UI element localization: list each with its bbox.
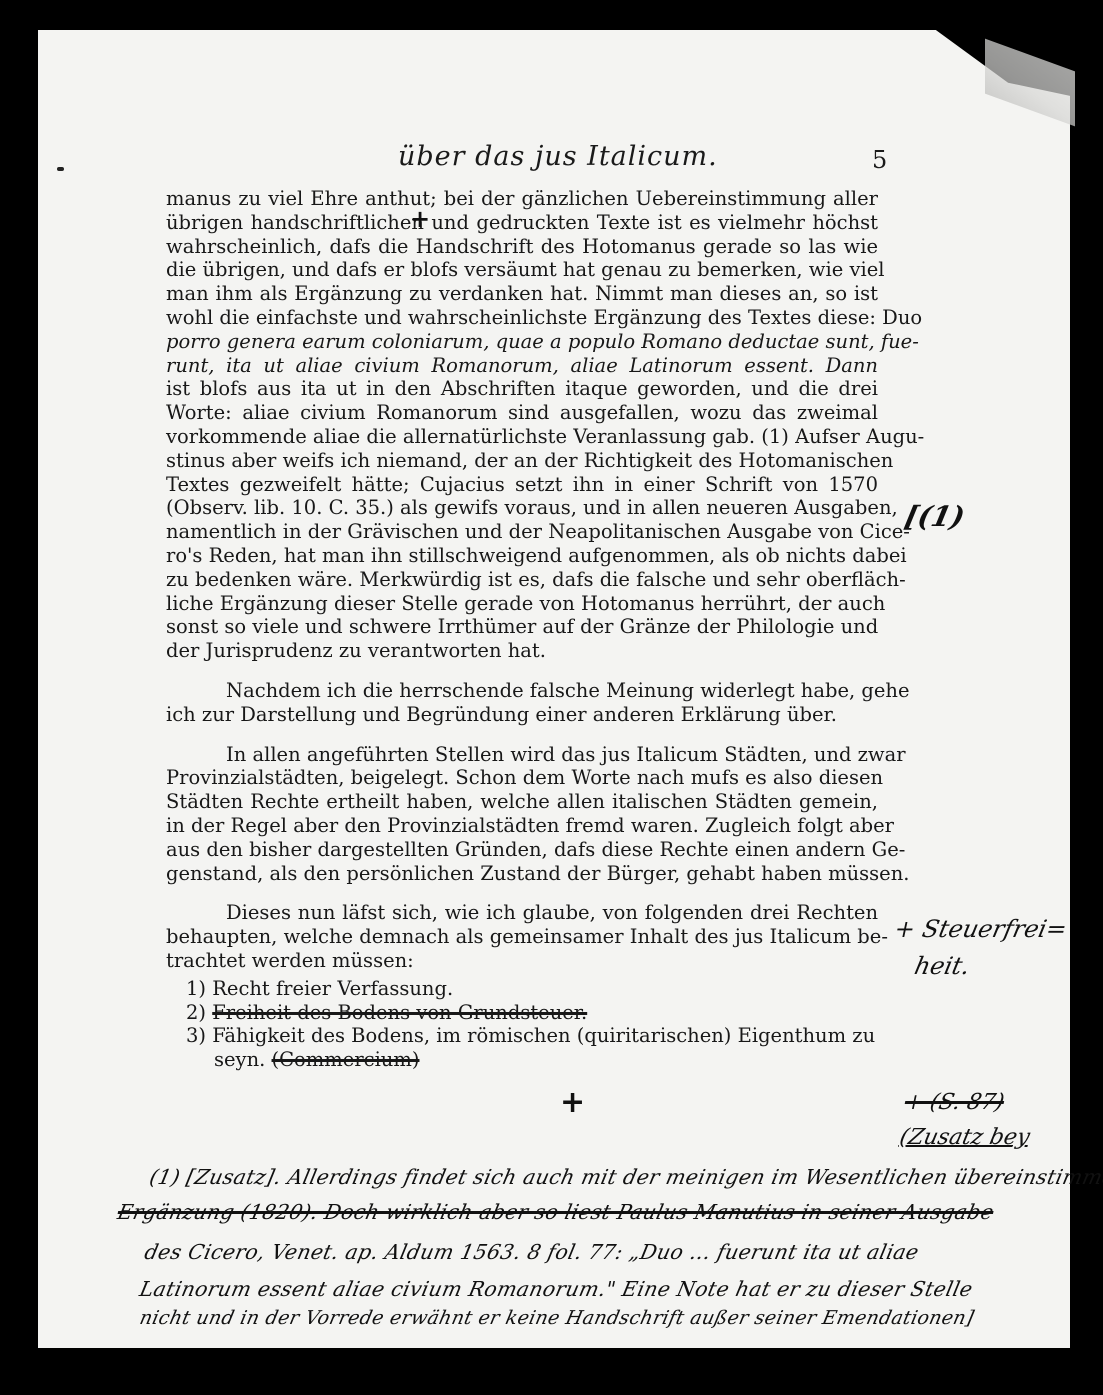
list-item: 1) Recht freier Verfassung. [166, 977, 878, 1001]
plus-mark-icon: + [560, 1085, 585, 1120]
text-line: man ihm als Ergänzung zu verdanken hat. … [166, 282, 878, 306]
handwritten-footnote-line: des Cicero, Venet. ap. Aldum 1563. 8 fol… [142, 1240, 921, 1264]
text-line: namentlich in der Grävischen und der Nea… [166, 520, 878, 544]
text-line: In allen angeführten Stellen wird das ju… [166, 743, 878, 767]
margin-note-bracket: [(1) [901, 500, 967, 533]
text-line: vorkommende aliae die allernatürlichste … [166, 425, 878, 449]
plus-mark-icon: + [410, 205, 430, 233]
text-line: ich zur Darstellung und Begründung einer… [166, 703, 878, 727]
text-line: ro's Reden, hat man ihn stillschweigend … [166, 544, 878, 568]
text-line: ist blofs aus ita ut in den Abschriften … [166, 377, 878, 401]
handwritten-footnote-line: nicht und in der Vorrede erwähnt er kein… [138, 1307, 976, 1329]
paragraph: Dieses nun läfst sich, wie ich glaube, v… [166, 901, 878, 972]
text-line: wahrscheinlich, dafs die Handschrift des… [166, 235, 878, 259]
page-number: 5 [872, 146, 887, 174]
list-text: Recht freier Verfassung. [212, 977, 453, 1000]
paragraph: In allen angeführten Stellen wird das ju… [166, 743, 878, 886]
margin-note-plus-cont: heit. [912, 952, 973, 980]
running-head: über das jus Italicum. [398, 141, 718, 172]
text-line: sonst so viele und schwere Irrthümer auf… [166, 615, 878, 639]
text-line: Dieses nun läfst sich, wie ich glaube, v… [166, 901, 878, 925]
list-number: 1) [186, 977, 206, 1000]
margin-zusatz-note: (Zusatz bey [897, 1125, 1032, 1150]
text-line: Nachdem ich die herrschende falsche Mein… [166, 679, 878, 703]
list-item: 3) Fähigkeit des Bodens, im römischen (q… [166, 1024, 878, 1048]
body-text: manus zu viel Ehre anthut; bei der gänzl… [166, 187, 878, 1072]
text-line: übrigen handschriftlichen und gedruckten… [166, 211, 878, 235]
text-line: aus den bisher dargestellten Gründen, da… [166, 838, 878, 862]
text-line: der Jurisprudenz zu verantworten hat. [166, 639, 878, 663]
text-line: liche Ergänzung dieser Stelle gerade von… [166, 592, 878, 616]
text-line: porro genera earum coloniarum, quae a po… [166, 330, 878, 354]
list-number: 3) [186, 1024, 206, 1047]
list-item-continuation: seyn. (Commercium) [166, 1048, 878, 1072]
text-line: die übrigen, und dafs er blofs versäumt … [166, 258, 878, 282]
text-line: in der Regel aber den Provinzialstädten … [166, 814, 878, 838]
handwritten-footnote-line: Latinorum essent aliae civium Romanorum.… [137, 1277, 975, 1301]
list-text-struck: (Commercium) [272, 1048, 420, 1071]
paragraph: manus zu viel Ehre anthut; bei der gänzl… [166, 187, 878, 663]
list-text-struck: Freiheit des Bodens von Grundsteuer. [212, 1001, 587, 1024]
handwritten-footnote-line: Ergänzung (1820). Doch wirklich aber so … [115, 1200, 995, 1224]
text-line: behaupten, welche demnach als gemeinsame… [166, 925, 878, 949]
list-text: Fähigkeit des Bodens, im römischen (quir… [212, 1024, 875, 1047]
list-number: 2) [186, 1001, 206, 1024]
list-text: seyn. [214, 1048, 265, 1071]
margin-struck-ref: + (S. 87) [902, 1090, 1006, 1115]
text-line: Städten Rechte ertheilt haben, welche al… [166, 790, 878, 814]
text-line: genstand, als den persönlichen Zustand d… [166, 862, 878, 886]
margin-note-plus: + Steuerfrei= [892, 915, 1069, 943]
text-line: runt, ita ut aliae civium Romanorum, ali… [166, 354, 878, 378]
text-line: wohl die einfachste und wahrscheinlichst… [166, 306, 878, 330]
text-line: manus zu viel Ehre anthut; bei der gänzl… [166, 187, 878, 211]
numbered-list: 1) Recht freier Verfassung. 2) Freiheit … [166, 977, 878, 1072]
text-line: Textes gezweifelt hätte; Cujacius setzt … [166, 473, 878, 497]
paragraph: Nachdem ich die herrschende falsche Mein… [166, 679, 878, 727]
text-line: Worte: aliae civium Romanorum sind ausge… [166, 401, 878, 425]
text-line: Provinzialstädten, beigelegt. Schon dem … [166, 766, 878, 790]
text-line: (Observ. lib. 10. C. 35.) als gewifs vor… [166, 496, 878, 520]
text-line: zu bedenken wäre. Merkwürdig ist es, daf… [166, 568, 878, 592]
text-line: trachtet werden müssen: [166, 949, 878, 973]
text-line: stinus aber weifs ich niemand, der an de… [166, 449, 878, 473]
ink-speck [57, 167, 64, 171]
handwritten-footnote-line: (1) [Zusatz]. Allerdings findet sich auc… [147, 1165, 1103, 1189]
list-item: 2) Freiheit des Bodens von Grundsteuer. [166, 1001, 878, 1025]
